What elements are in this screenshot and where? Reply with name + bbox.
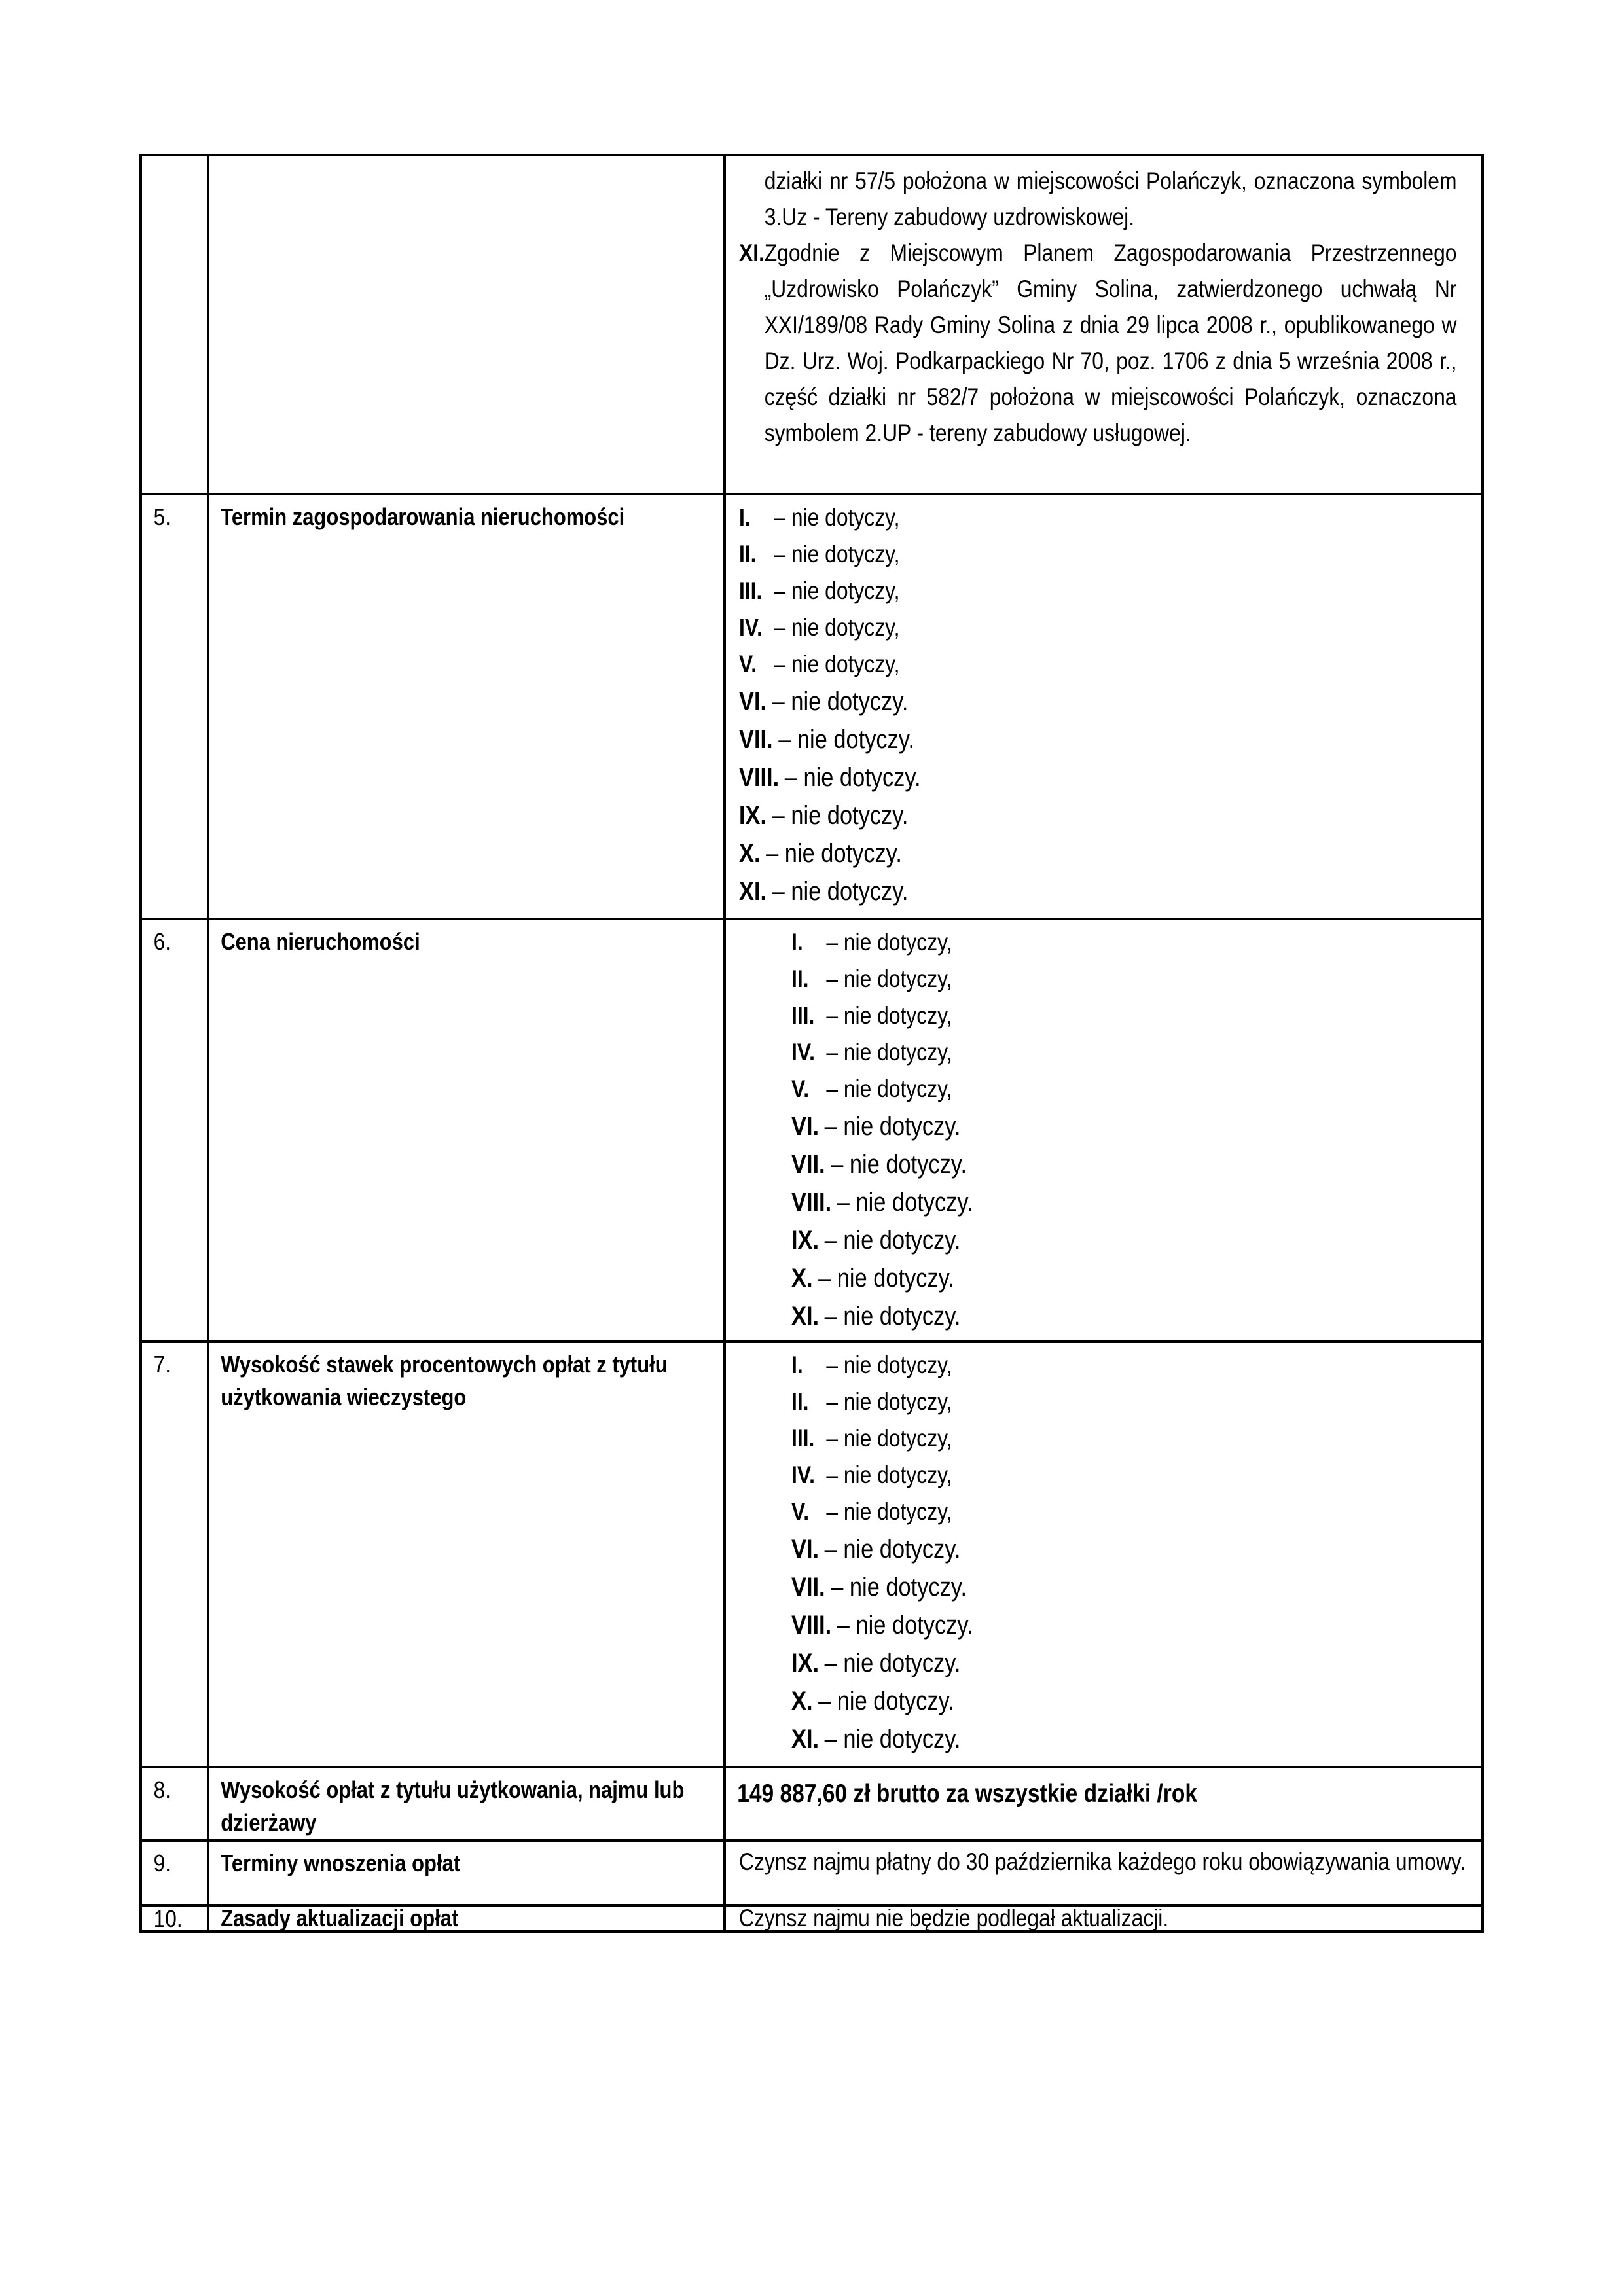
row-label-cell — [208, 155, 725, 494]
list-item: XI.– nie dotyczy. — [791, 1720, 1384, 1758]
row-label: Zasady aktualizacji opłat — [209, 1907, 705, 1930]
payment-terms-text: Czynsz najmu płatny do 30 października k… — [739, 1846, 1477, 1878]
list-item-text: – nie dotyczy, — [827, 1002, 952, 1029]
row-number: 7. — [142, 1343, 199, 1380]
roman-numeral: IV. — [791, 1457, 821, 1494]
roman-numeral: VI. — [739, 683, 767, 721]
list-item: VIII.– nie dotyczy. — [791, 1606, 1384, 1644]
list-item: VI.– nie dotyczy. — [791, 1107, 1384, 1145]
list-item-text: – nie dotyczy, — [827, 1498, 952, 1525]
roman-numeral: I. — [791, 924, 821, 961]
list-item-text: – nie dotyczy, — [827, 1462, 952, 1488]
list-item-text: – nie dotyczy, — [774, 577, 900, 604]
list-item-text: – nie dotyczy, — [827, 1425, 952, 1452]
row-number: 5. — [142, 495, 199, 532]
list-item-xi: XI. Zgodnie z Miejscowym Planem Zagospod… — [739, 235, 1457, 451]
roman-numeral: V. — [739, 646, 768, 683]
list-item-text: – nie dotyczy. — [837, 1188, 973, 1217]
roman-numeral: XI. — [739, 872, 767, 910]
list-item: II.– nie dotyczy, — [791, 1384, 1384, 1420]
roman-numeral: VIII. — [791, 1183, 831, 1221]
list-item-text: – nie dotyczy. — [819, 1687, 955, 1715]
property-info-table: działki nr 57/5 położona w miejscowości … — [139, 154, 1484, 1933]
list-item-text: – nie dotyczy. — [772, 801, 909, 830]
roman-numeral: II. — [791, 1384, 821, 1420]
roman-numeral: IV. — [739, 609, 768, 646]
list-item-text: Zgodnie z Miejscowym Planem Zagospodarow… — [739, 235, 1457, 451]
list-item: X.– nie dotyczy. — [739, 834, 1377, 872]
list-item-text: – nie dotyczy. — [825, 1535, 961, 1564]
continuation-text: działki nr 57/5 położona w miejscowości … — [739, 163, 1457, 235]
list-item-text: – nie dotyczy, — [774, 651, 900, 677]
list-item-text: – nie dotyczy. — [772, 687, 909, 716]
list-item: XI.– nie dotyczy. — [791, 1297, 1384, 1335]
roman-numeral: V. — [791, 1494, 821, 1530]
fee-amount: 149 887,60 zł brutto za wszystkie działk… — [726, 1768, 1375, 1810]
roman-numeral: III. — [739, 573, 768, 609]
roman-numeral: III. — [791, 997, 821, 1034]
table-row: 10. Zasady aktualizacji opłat Czynsz naj… — [141, 1905, 1483, 1931]
list-item: IV.– nie dotyczy, — [739, 609, 1377, 646]
row-number: 6. — [142, 920, 199, 957]
list-item: III.– nie dotyczy, — [791, 1420, 1384, 1457]
list-item: I.– nie dotyczy, — [791, 924, 1384, 961]
roman-numeral: IX. — [791, 1644, 819, 1682]
table-row: 8. Wysokość opłat z tytułu użytkowania, … — [141, 1767, 1483, 1840]
list-item: IX.– nie dotyczy. — [791, 1221, 1384, 1259]
roman-numeral: X. — [791, 1259, 813, 1297]
roman-numeral: V. — [791, 1071, 821, 1107]
list-item-text: – nie dotyczy. — [825, 1302, 961, 1331]
roman-numeral: IX. — [791, 1221, 819, 1259]
roman-numeral: X. — [739, 834, 761, 872]
table-row: 7. Wysokość stawek procentowych opłat z … — [141, 1342, 1483, 1767]
list-item-text: – nie dotyczy. — [779, 725, 915, 754]
roman-numeral: X. — [791, 1682, 813, 1720]
roman-numeral: XI. — [791, 1720, 819, 1758]
row-number-cell — [141, 155, 208, 494]
list-item: V.– nie dotyczy, — [739, 646, 1377, 683]
roman-numeral: VIII. — [739, 759, 779, 797]
roman-numeral: XI. — [791, 1297, 819, 1335]
list-item: VIII.– nie dotyczy. — [739, 759, 1377, 797]
list-item-text: – nie dotyczy, — [827, 1388, 952, 1415]
list-item-text: – nie dotyczy. — [785, 763, 921, 792]
table-row: 5. Termin zagospodarowania nieruchomości… — [141, 494, 1483, 919]
item-list: I.– nie dotyczy,II.– nie dotyczy,III.– n… — [726, 1343, 1481, 1758]
list-item: VIII.– nie dotyczy. — [791, 1183, 1384, 1221]
roman-numeral: VII. — [791, 1568, 825, 1606]
row-number: 10. — [142, 1907, 199, 1930]
row-label: Wysokość opłat z tytułu użytkowania, naj… — [209, 1768, 705, 1839]
list-item-text: – nie dotyczy. — [825, 1725, 961, 1753]
list-item: IV.– nie dotyczy, — [791, 1457, 1384, 1494]
roman-numeral: III. — [791, 1420, 821, 1457]
roman-numeral: IV. — [791, 1034, 821, 1071]
list-item-text: – nie dotyczy. — [767, 839, 903, 868]
roman-numeral: I. — [791, 1347, 821, 1384]
list-item-text: – nie dotyczy. — [831, 1573, 967, 1602]
list-item: IX.– nie dotyczy. — [739, 797, 1377, 834]
roman-numeral: I. — [739, 499, 768, 536]
list-item-text: – nie dotyczy. — [819, 1264, 955, 1293]
list-item: VII.– nie dotyczy. — [791, 1145, 1384, 1183]
list-item-text: – nie dotyczy, — [827, 1075, 952, 1102]
list-item: V.– nie dotyczy, — [791, 1494, 1384, 1530]
list-item: I.– nie dotyczy, — [791, 1347, 1384, 1384]
list-item-text: – nie dotyczy, — [774, 504, 900, 531]
list-item: IV.– nie dotyczy, — [791, 1034, 1384, 1071]
roman-numeral: VI. — [791, 1530, 819, 1568]
item-list: I.– nie dotyczy,II.– nie dotyczy,III.– n… — [726, 495, 1481, 910]
list-item: III.– nie dotyczy, — [791, 997, 1384, 1034]
list-item: II.– nie dotyczy, — [791, 961, 1384, 997]
list-item: III.– nie dotyczy, — [739, 573, 1377, 609]
roman-numeral: II. — [739, 536, 768, 573]
list-item: X.– nie dotyczy. — [791, 1259, 1384, 1297]
list-item: I.– nie dotyczy, — [739, 499, 1377, 536]
list-item: V.– nie dotyczy, — [791, 1071, 1384, 1107]
roman-numeral: VI. — [791, 1107, 819, 1145]
row-label: Termin zagospodarowania nieruchomości — [209, 495, 705, 533]
table-row: 6. Cena nieruchomości I.– nie dotyczy,II… — [141, 919, 1483, 1342]
roman-numeral: II. — [791, 961, 821, 997]
update-rules-text: Czynsz najmu nie będzie podlegał aktuali… — [739, 1907, 1477, 1930]
roman-numeral: VII. — [791, 1145, 825, 1183]
list-item: IX.– nie dotyczy. — [791, 1644, 1384, 1682]
list-item-text: – nie dotyczy, — [827, 965, 952, 992]
row-label: Wysokość stawek procentowych opłat z tyt… — [209, 1343, 705, 1414]
row-content-cell: działki nr 57/5 położona w miejscowości … — [725, 155, 1483, 494]
table-row: 9. Terminy wnoszenia opłat Czynsz najmu … — [141, 1840, 1483, 1905]
list-item: VII.– nie dotyczy. — [739, 721, 1377, 759]
item-list: I.– nie dotyczy,II.– nie dotyczy,III.– n… — [726, 920, 1481, 1335]
list-item-text: – nie dotyczy, — [827, 1352, 952, 1378]
list-item: VII.– nie dotyczy. — [791, 1568, 1384, 1606]
list-item-text: – nie dotyczy. — [772, 877, 909, 906]
list-item-text: – nie dotyczy. — [837, 1611, 973, 1640]
roman-numeral: VII. — [739, 721, 773, 759]
list-item: VI.– nie dotyczy. — [739, 683, 1377, 721]
list-item: VI.– nie dotyczy. — [791, 1530, 1384, 1568]
row-label: Terminy wnoszenia opłat — [209, 1842, 705, 1880]
list-item-text: – nie dotyczy. — [825, 1226, 961, 1255]
roman-numeral: VIII. — [791, 1606, 831, 1644]
list-item: X.– nie dotyczy. — [791, 1682, 1384, 1720]
list-item-text: – nie dotyczy, — [774, 614, 900, 641]
list-item-text: – nie dotyczy. — [825, 1649, 961, 1677]
list-item-text: – nie dotyczy. — [825, 1112, 961, 1141]
list-item: II.– nie dotyczy, — [739, 536, 1377, 573]
table-row-continuation: działki nr 57/5 położona w miejscowości … — [141, 155, 1483, 494]
row-label: Cena nieruchomości — [209, 920, 705, 958]
list-item-text: – nie dotyczy, — [774, 541, 900, 567]
roman-numeral: IX. — [739, 797, 767, 834]
list-item-text: – nie dotyczy. — [831, 1150, 967, 1179]
list-item-text: – nie dotyczy, — [827, 929, 952, 956]
row-number: 9. — [142, 1842, 199, 1878]
document-page: działki nr 57/5 położona w miejscowości … — [0, 0, 1624, 2296]
list-item: XI.– nie dotyczy. — [739, 872, 1377, 910]
roman-numeral: XI. — [739, 235, 765, 271]
list-item-text: – nie dotyczy, — [827, 1039, 952, 1066]
row-number: 8. — [142, 1768, 199, 1805]
